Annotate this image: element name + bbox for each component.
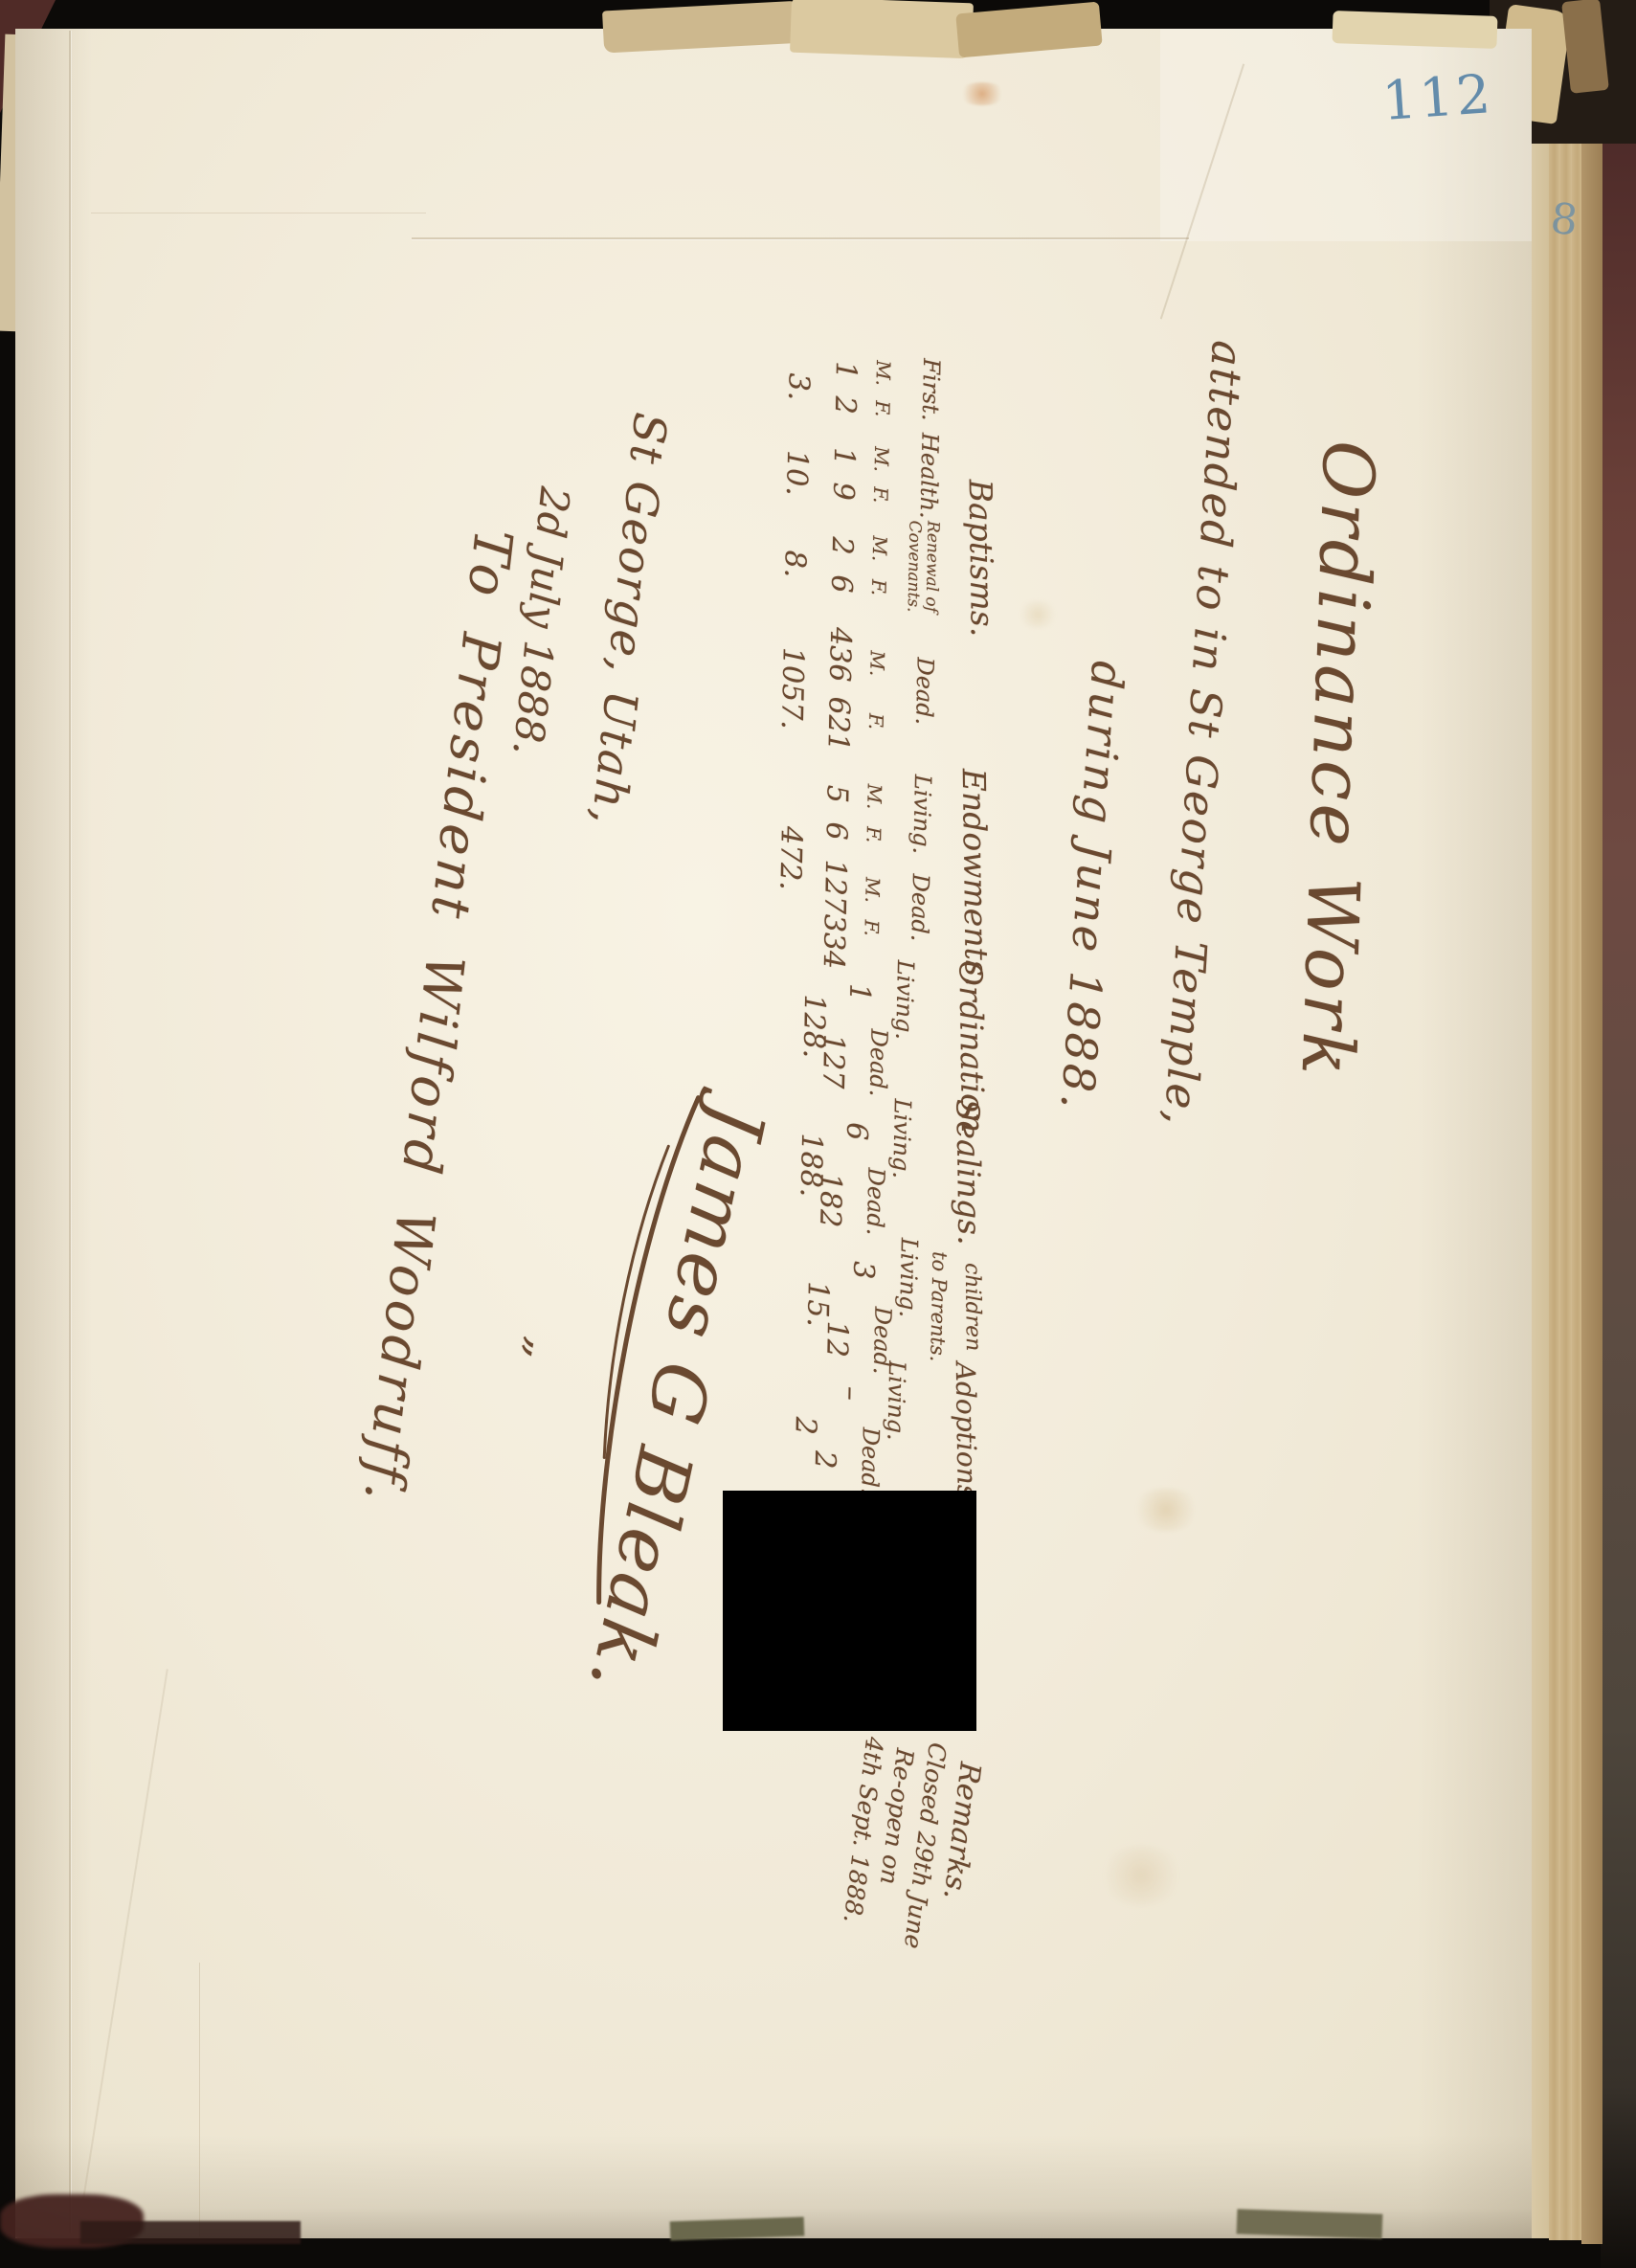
mf-label: F. bbox=[871, 400, 894, 417]
value: 436 bbox=[822, 627, 857, 683]
table-column: First. M.F. 12 3. bbox=[781, 344, 946, 434]
group-columns: First. M.F. 12 3. Health. M.F. 19 10. Re… bbox=[773, 344, 945, 768]
mf-label: M. bbox=[861, 877, 885, 903]
value: 1 bbox=[827, 447, 861, 466]
value: 6 bbox=[824, 574, 858, 594]
vertical-fold-crease bbox=[69, 31, 71, 2233]
value: 6 bbox=[819, 821, 853, 841]
page-stack-edge bbox=[1581, 13, 1602, 2244]
mf-label: M. bbox=[865, 650, 889, 676]
table-group-adoptions: Adoptions. Living. – Dead. 2 2 bbox=[787, 1359, 983, 1496]
edge-page-number: 8 bbox=[1548, 194, 1580, 246]
remarks-block: Remarks. Closed 29th June Re-open on 4th… bbox=[836, 1734, 988, 1955]
redaction-box bbox=[723, 1491, 976, 1731]
table-column: Health. M.F. 19 10. bbox=[779, 430, 944, 520]
sex-header: M.F. bbox=[863, 614, 889, 767]
sex-header: M.F. bbox=[860, 860, 885, 953]
group-header: Baptisms. bbox=[953, 348, 1003, 770]
mf-label: F. bbox=[860, 919, 883, 936]
column-label: Dead. bbox=[856, 1167, 889, 1235]
value: 9 bbox=[826, 482, 860, 501]
table-column: Dead. 182 bbox=[813, 1166, 889, 1235]
column-label: Living. bbox=[877, 1360, 910, 1428]
column-label: Dead. bbox=[859, 1028, 892, 1096]
column-values: 6 bbox=[839, 1097, 873, 1165]
value: 6 bbox=[840, 1122, 873, 1141]
value: 12 bbox=[819, 1320, 854, 1358]
column-label: Living. bbox=[894, 768, 936, 862]
group-total: 472. bbox=[772, 765, 809, 953]
column-label: First. bbox=[903, 346, 945, 433]
column-total: 1057. bbox=[773, 612, 810, 766]
column-label: Dead. bbox=[892, 861, 934, 954]
group-header: children bbox=[939, 1238, 985, 1378]
column-total: 10. bbox=[779, 430, 815, 517]
column-label: Health. bbox=[902, 432, 944, 519]
value: 127 bbox=[816, 1034, 850, 1089]
column-total: 8. bbox=[777, 516, 813, 613]
table-group-children-to-parents: children to Parents. Living. 3 Dead. 12 … bbox=[799, 1234, 986, 1377]
page-subtitle: attended to in St George Temple, bbox=[1154, 339, 1253, 1128]
sex-header: M.F. bbox=[867, 518, 892, 614]
table-column: Living. – bbox=[834, 1359, 910, 1428]
group-header: Endowments. bbox=[949, 769, 996, 956]
table-column: Living. M.F. 56 bbox=[818, 766, 936, 862]
value: 5 bbox=[819, 784, 853, 803]
group-columns: Living. – Dead. 2 bbox=[832, 1359, 910, 1495]
table-group-ordinations: Ordination Living. 1 Dead. 127 128. bbox=[796, 956, 992, 1099]
table-column: Dead. 2 bbox=[807, 1426, 884, 1494]
value: 3 bbox=[846, 1261, 880, 1280]
mf-label: F. bbox=[864, 713, 887, 730]
column-values: 127 bbox=[816, 1027, 850, 1095]
mf-label: F. bbox=[867, 579, 890, 596]
handwritten-content-rotated: Ordinance Work attended to in St George … bbox=[258, 239, 1378, 2039]
page-stack-edge bbox=[1549, 17, 1581, 2240]
column-values: 56 bbox=[818, 766, 854, 860]
group-header: Sealings. bbox=[942, 1099, 988, 1239]
column-values: 182 bbox=[813, 1166, 847, 1234]
sex-header: M.F. bbox=[870, 346, 895, 432]
column-values: 436621 bbox=[820, 613, 857, 767]
table-column: Living. 3 bbox=[845, 1237, 922, 1306]
closing-date: 2d July 1888. bbox=[504, 484, 578, 757]
mf-label: M. bbox=[871, 360, 895, 386]
value: 2 bbox=[808, 1450, 841, 1470]
sex-header: M.F. bbox=[869, 432, 894, 518]
horizontal-crease bbox=[91, 213, 426, 213]
column-label-line1: Renewal of bbox=[922, 519, 942, 615]
mf-label: F. bbox=[862, 826, 885, 843]
table-column: Dead. M.F. 127334 bbox=[817, 859, 934, 954]
mf-label: M. bbox=[870, 446, 894, 472]
value: 2 bbox=[825, 536, 859, 555]
mf-label: M. bbox=[868, 535, 892, 561]
table-column: Dead. 127 bbox=[816, 1027, 892, 1096]
page-number-stamp: 112 bbox=[1380, 63, 1495, 133]
group-header: Ordination bbox=[945, 960, 991, 1100]
mf-label: F. bbox=[869, 486, 892, 504]
column-values: 3 bbox=[845, 1237, 880, 1305]
value: 1 bbox=[829, 361, 863, 380]
table-column: Dead. M.F. 436621 1057. bbox=[773, 612, 939, 769]
value: 1 bbox=[842, 983, 876, 1002]
column-label: Dead. bbox=[896, 614, 939, 768]
column-label: Living. bbox=[888, 1237, 922, 1305]
table-group-sealings: Sealings. Living. 6 Dead. 182 188. bbox=[793, 1095, 989, 1238]
column-values: 26 bbox=[824, 517, 860, 614]
gutter-shadow bbox=[15, 29, 92, 2238]
torn-paper-fragment bbox=[790, 0, 974, 58]
group-columns: Living. 3 Dead. 12 bbox=[844, 1235, 923, 1376]
column-values: 12 bbox=[828, 345, 863, 432]
table-column: Living. 6 bbox=[839, 1097, 915, 1166]
column-values: – bbox=[834, 1359, 868, 1427]
value: – bbox=[834, 1386, 867, 1402]
page-subtitle-date: during June 1888. bbox=[1051, 660, 1134, 1113]
stain bbox=[957, 82, 1007, 105]
group-columns: Living. 1 Dead. 127 bbox=[840, 957, 919, 1098]
vertical-crease bbox=[199, 1963, 200, 2236]
closing-addressee: To President Wilford Woodruff. bbox=[352, 527, 525, 1508]
cover-glimpse-bottom-left bbox=[80, 2221, 301, 2244]
column-values: 1 bbox=[841, 958, 876, 1026]
column-label: Living. bbox=[885, 959, 918, 1027]
table-column: Living. 1 bbox=[841, 958, 918, 1027]
edge-debris bbox=[1237, 2209, 1383, 2238]
sex-header: M.F. bbox=[862, 767, 886, 860]
column-label: Living. bbox=[882, 1098, 915, 1166]
bare-page-corner bbox=[1160, 29, 1532, 241]
table-group-endowments: Endowments. Living. M.F. 56 Dead. M.F. 1… bbox=[772, 765, 996, 956]
group-columns: Living. M.F. 56 Dead. M.F. 127334 bbox=[817, 766, 936, 954]
column-label-line2: Covenants. bbox=[904, 518, 924, 614]
group-columns: Living. 6 Dead. 182 bbox=[838, 1096, 916, 1237]
closing-place: St George, Utah, bbox=[580, 410, 676, 828]
group-header: Adoptions. bbox=[937, 1361, 983, 1496]
signature-paraph-mark: „ bbox=[515, 1334, 570, 1365]
value: 621 bbox=[820, 696, 855, 752]
column-values: 127334 bbox=[817, 859, 852, 953]
torn-paper-fragment bbox=[1332, 11, 1497, 49]
page-curl-shadow bbox=[1417, 29, 1532, 2238]
column-total: 3. bbox=[781, 344, 817, 431]
book-cover-right bbox=[1601, 0, 1636, 2268]
column-label: Dead. bbox=[850, 1426, 884, 1494]
value: 2 bbox=[828, 395, 862, 415]
column-label: Renewal ofCovenants. bbox=[900, 518, 942, 615]
column-values: 2 bbox=[807, 1426, 841, 1493]
value: 182 bbox=[813, 1173, 847, 1228]
value: 127 bbox=[818, 859, 852, 914]
table-column: Renewal ofCovenants. M.F. 26 8. bbox=[777, 516, 942, 616]
column-values: 19 bbox=[826, 431, 862, 518]
page-title: Ordinance Work bbox=[1285, 439, 1389, 1081]
table-group-baptisms: Baptisms. First. M.F. 12 3. Health. M.F.… bbox=[773, 344, 1004, 770]
mf-label: M. bbox=[863, 783, 886, 809]
